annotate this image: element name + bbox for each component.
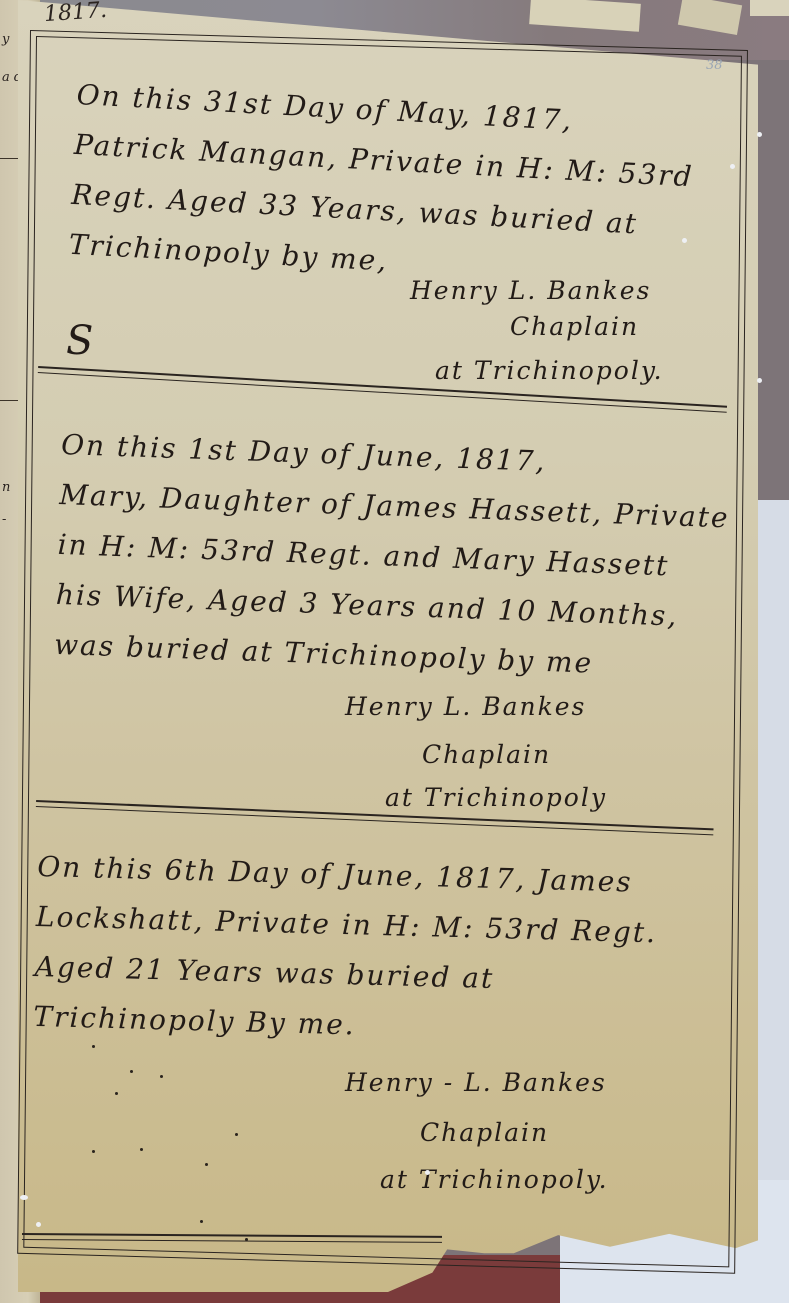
ink-speck [92, 1045, 95, 1048]
ink-speck [160, 1075, 163, 1078]
signature-title: Chaplain [510, 312, 639, 341]
ink-speck [92, 1150, 95, 1153]
worm-hole [757, 132, 762, 137]
worm-hole [425, 1170, 430, 1175]
ink-speck [245, 1238, 248, 1241]
facing-page-text: - [2, 512, 6, 527]
signature-name: Henry L. Bankes [410, 276, 651, 305]
margin-mark: S [66, 318, 93, 364]
worm-hole [730, 164, 735, 169]
ink-speck [130, 1070, 133, 1073]
signature-title: Chaplain [420, 1118, 549, 1147]
worm-hole [757, 378, 762, 383]
ink-speck [140, 1148, 143, 1151]
signature-place: at Trichinopoly. [380, 1165, 609, 1194]
worm-hole [682, 238, 687, 243]
signature-place: at Trichinopoly [385, 783, 607, 812]
year-note: 1817. [43, 0, 108, 27]
facing-page-text: n [2, 480, 10, 495]
burial-entry: On this 1st Day of June, 1817, Mary, Dau… [53, 420, 732, 693]
burial-entry: On this 6th Day of June, 1817, James Loc… [33, 842, 659, 1058]
signature-place: at Trichinopoly. [435, 356, 664, 385]
ink-speck [235, 1133, 238, 1136]
paper-scrap [750, 0, 789, 16]
ink-speck [115, 1092, 118, 1095]
ink-speck [205, 1163, 208, 1166]
signature-name: Henry L. Bankes [345, 692, 586, 721]
worm-hole [36, 1222, 41, 1227]
ink-speck [200, 1220, 203, 1223]
signature-title: Chaplain [422, 740, 551, 769]
worm-hole [20, 1195, 28, 1200]
signature-name: Henry - L. Bankes [345, 1068, 607, 1097]
facing-page-text: y [2, 32, 9, 47]
burial-entry: On this 31st Day of May, 1817, Patrick M… [68, 70, 698, 302]
